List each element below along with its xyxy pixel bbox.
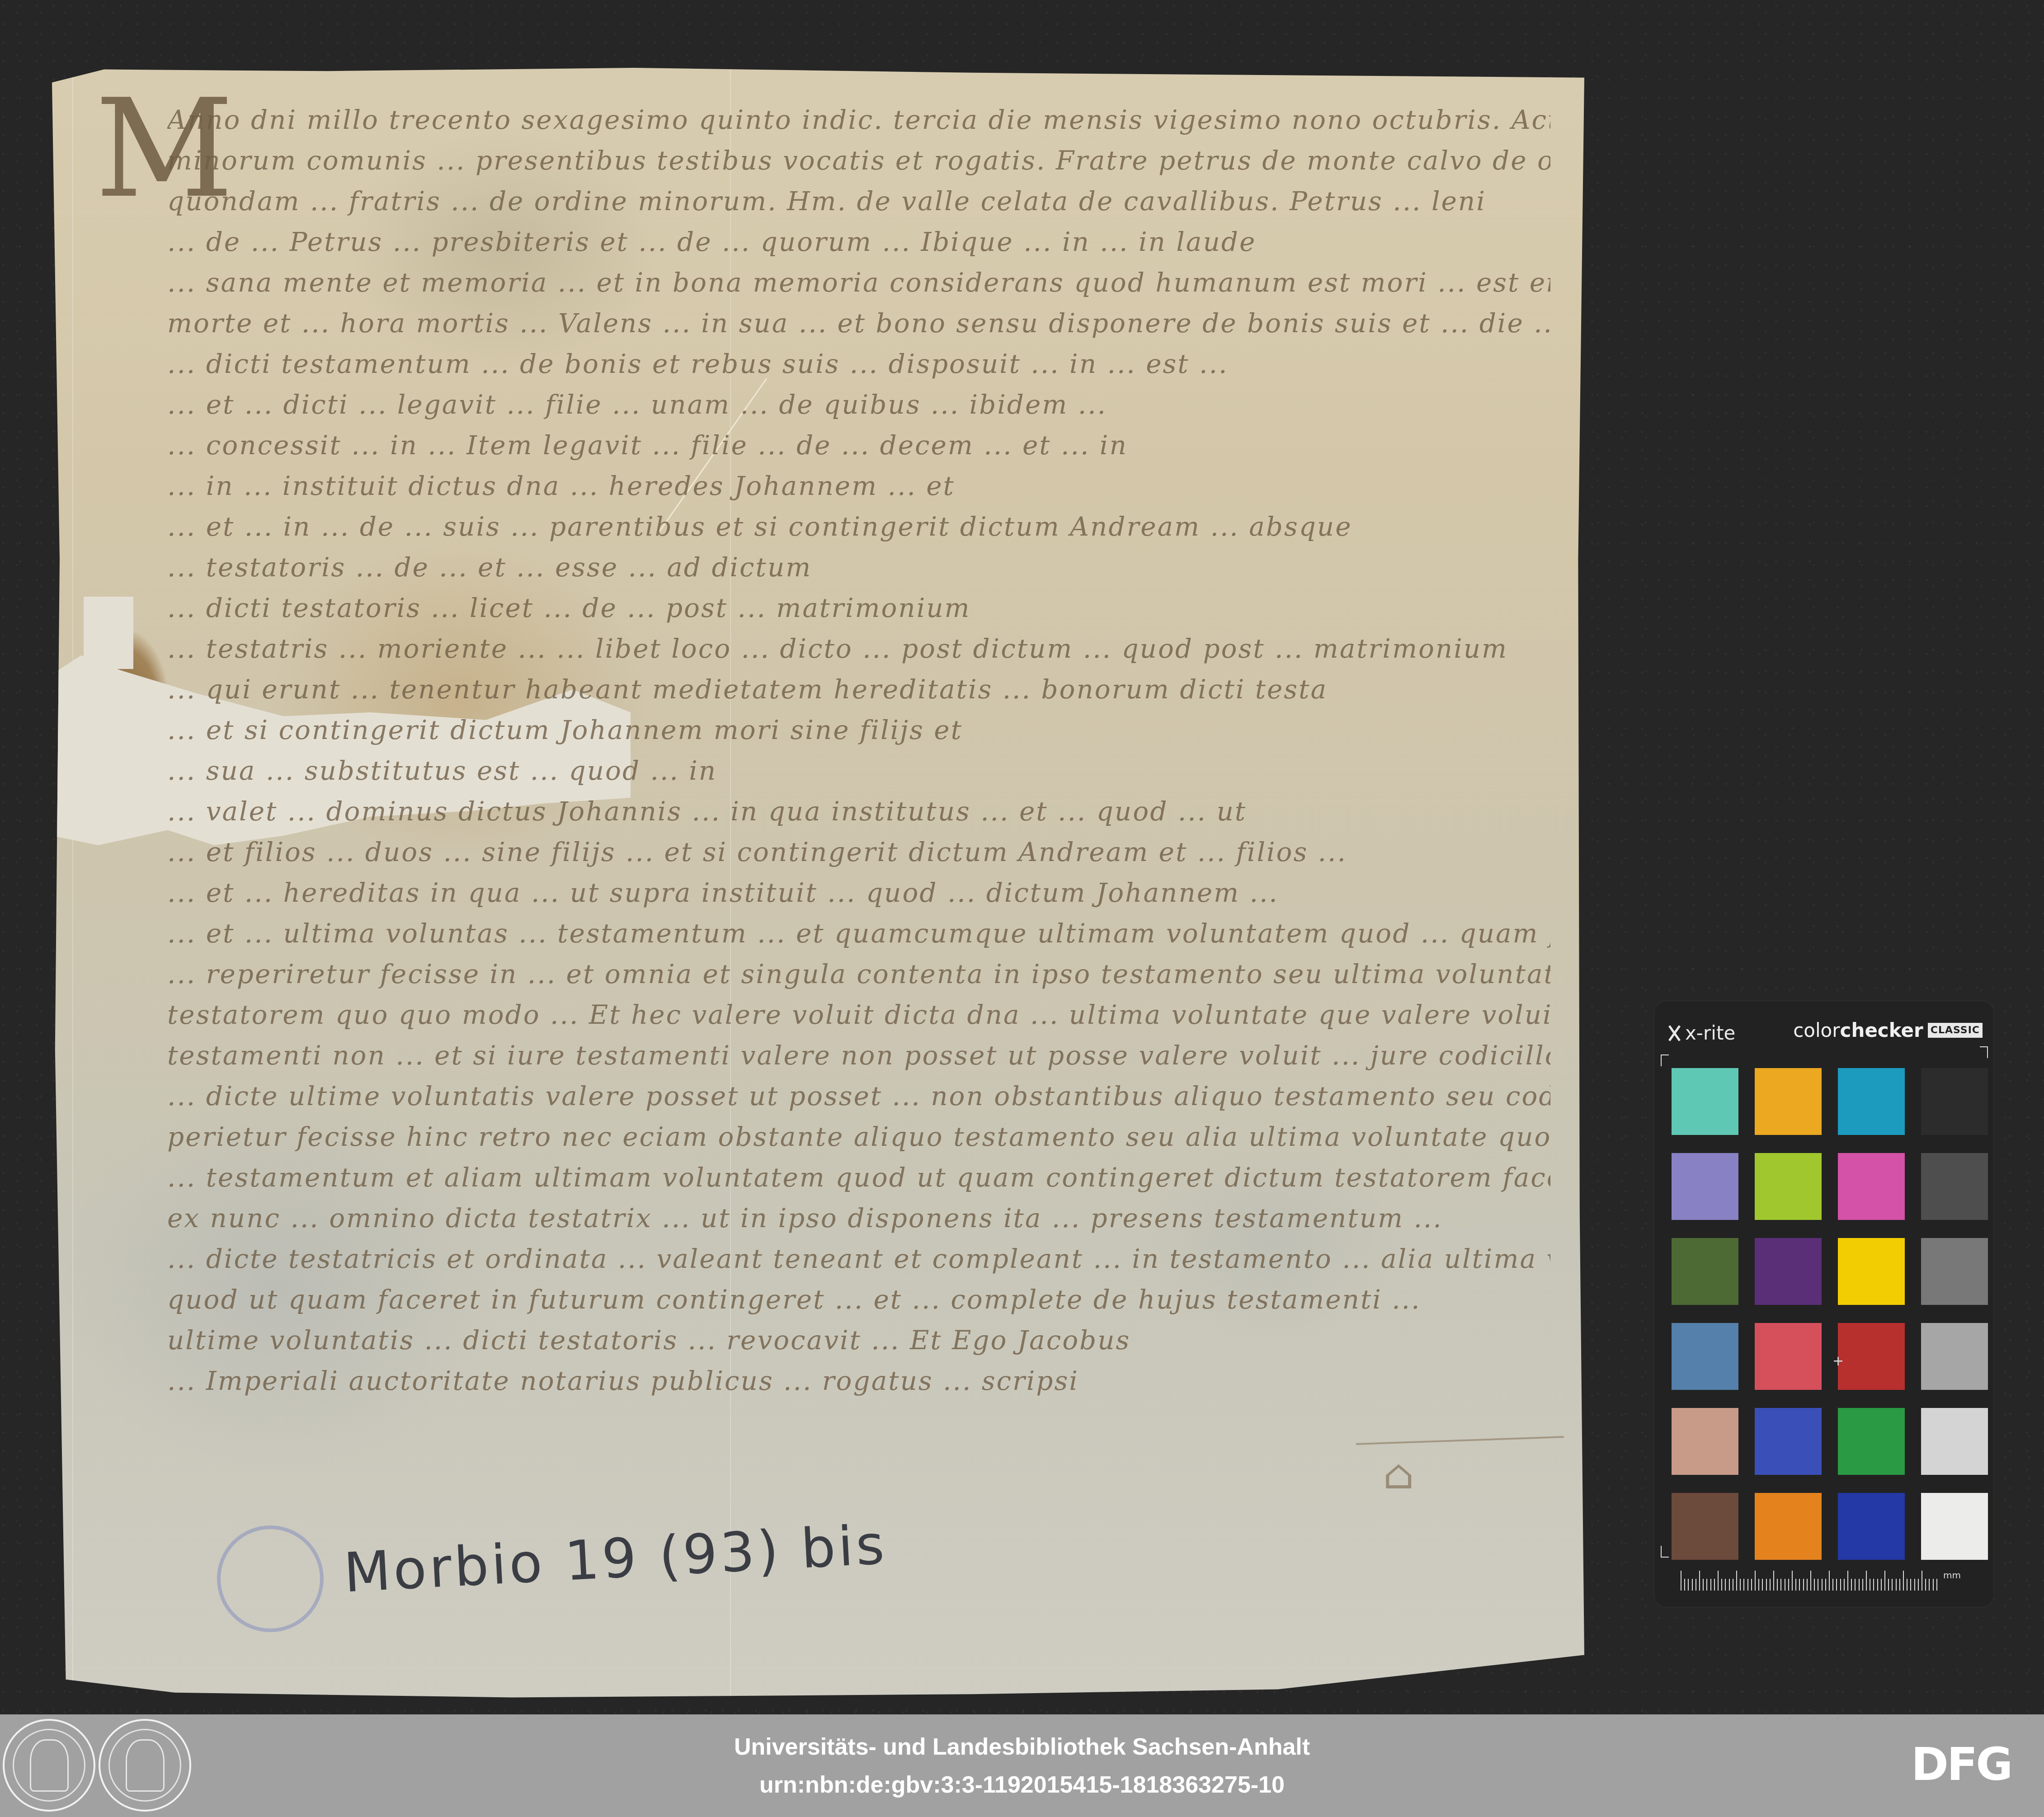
corner-mark-icon [1980, 1046, 1988, 1058]
ruler-unit: mm [1943, 1570, 1961, 1581]
text-line: ... de ... Petrus ... presbiteris et ...… [167, 221, 1550, 262]
text-line: Anno dni millo trecento sexagesimo quint… [167, 99, 1550, 140]
color-swatch [1838, 1408, 1905, 1475]
color-swatch [1672, 1238, 1738, 1305]
color-swatch [1755, 1493, 1822, 1560]
colorchecker-card: x-rite color checker CLASSIC + mm [1654, 1001, 1993, 1607]
color-swatch [1755, 1238, 1822, 1305]
text-line: ... dicti testamentum ... de bonis et re… [167, 344, 1550, 384]
ruler-ticks [1681, 1571, 1938, 1591]
classic-badge: CLASSIC [1928, 1023, 1983, 1038]
text-line: morte et ... hora mortis ... Valens ... … [167, 303, 1550, 344]
corner-mark-icon [1661, 1546, 1669, 1558]
color-swatch [1921, 1408, 1988, 1475]
text-line: ... testatris ... moriente ... ... libet… [167, 628, 1550, 669]
color-swatch [1921, 1238, 1988, 1305]
color-swatch [1755, 1408, 1822, 1475]
colorchecker-title: color checker CLASSIC [1793, 1019, 1983, 1041]
color-swatch [1838, 1238, 1905, 1305]
color-swatch [1838, 1068, 1905, 1135]
parchment-loss [84, 597, 133, 669]
text-line: ... concessit ... in ... Item legavit ..… [167, 425, 1550, 466]
text-line: ex nunc ... omnino dicta testatrix ... u… [167, 1198, 1550, 1238]
color-swatch [1672, 1323, 1738, 1390]
library-stamp [217, 1525, 324, 1632]
text-line: ... qui erunt ... tenentur habeant medie… [167, 669, 1550, 710]
text-line: ... sua ... substitutus est ... quod ...… [167, 750, 1550, 791]
xrite-logo: x-rite [1668, 1022, 1735, 1044]
color-swatch [1755, 1153, 1822, 1220]
text-line: quod ut quam faceret in futurum continge… [167, 1279, 1550, 1320]
text-line: minorum comunis ... presentibus testibus… [167, 140, 1550, 181]
text-line: testamenti non ... et si iure testamenti… [167, 1035, 1550, 1076]
color-swatch [1921, 1153, 1988, 1220]
decorated-initial: M [95, 81, 167, 262]
text-line: ... dicte testatricis et ordinata ... va… [167, 1238, 1550, 1279]
text-line: ... et ... dicti ... legavit ... filie .… [167, 384, 1550, 425]
color-swatch [1838, 1323, 1905, 1390]
text-line: ... et ... in ... de ... suis ... parent… [167, 506, 1550, 547]
text-line: ... dicti testatoris ... licet ... de ..… [167, 588, 1550, 628]
text-line: ultime voluntatis ... dicti testatoris .… [167, 1320, 1550, 1360]
color-swatch [1672, 1493, 1738, 1560]
text-line: quondam ... fratris ... de ordine minoru… [167, 181, 1550, 221]
color-swatch [1755, 1323, 1822, 1390]
color-swatch [1672, 1068, 1738, 1135]
text-line: ... et ... hereditas in qua ... ut supra… [167, 872, 1550, 913]
color-swatch [1755, 1068, 1822, 1135]
title-prefix: color [1793, 1019, 1840, 1041]
charter-text: Anno dni millo trecento sexagesimo quint… [167, 99, 1550, 1401]
text-line: ... Imperiali auctoritate notarius publi… [167, 1360, 1550, 1401]
xrite-x-icon [1668, 1024, 1681, 1042]
institution-name: Universitäts- und Landesbibliothek Sachs… [0, 1733, 2044, 1761]
text-line: ... valet ... dominus dictus Johannis ..… [167, 791, 1550, 832]
color-swatch-grid [1672, 1068, 1988, 1560]
text-line: ... testamentum et aliam ultimam volunta… [167, 1157, 1550, 1198]
dfg-logo: DFG [1911, 1738, 2011, 1791]
color-swatch [1672, 1153, 1738, 1220]
footer-banner: Universitäts- und Landesbibliothek Sachs… [0, 1714, 2044, 1817]
color-swatch [1838, 1153, 1905, 1220]
text-line: testatorem quo quo modo ... Et hec valer… [167, 994, 1550, 1035]
notary-signum-icon: ⌂ [1383, 1451, 1414, 1498]
color-swatch [1921, 1493, 1988, 1560]
urn-identifier: urn:nbn:de:gbv:3:3-1192015415-1818363275… [0, 1771, 2044, 1798]
color-swatch [1921, 1323, 1988, 1390]
text-line: ... reperiretur fecisse in ... et omnia … [167, 954, 1550, 994]
text-line: ... et ... ultima voluntas ... testament… [167, 913, 1550, 954]
colorchecker-header: x-rite color checker CLASSIC [1668, 1019, 1983, 1051]
scan-viewport: M Anno dni millo trecento sexagesimo qui… [0, 0, 2044, 1714]
corner-mark-icon [1661, 1054, 1669, 1066]
text-line: ... sana mente et memoria ... et in bona… [167, 262, 1550, 303]
color-swatch [1921, 1068, 1988, 1135]
text-line: ... et filios ... duos ... sine filijs .… [167, 832, 1550, 872]
title-main: checker [1840, 1019, 1923, 1041]
text-line: ... et si contingerit dictum Johannem mo… [167, 710, 1550, 750]
text-line: perietur fecisse hinc retro nec eciam ob… [167, 1116, 1550, 1157]
xrite-brand: x-rite [1685, 1022, 1735, 1044]
color-swatch [1838, 1493, 1905, 1560]
text-line: ... in ... instituit dictus dna ... here… [167, 466, 1550, 506]
ruled-margin-line [72, 68, 73, 1704]
color-swatch [1672, 1408, 1738, 1475]
mm-ruler: mm [1681, 1563, 1961, 1591]
text-line: ... dicte ultime voluntatis valere posse… [167, 1076, 1550, 1116]
text-line: ... testatoris ... de ... et ... esse ..… [167, 547, 1550, 588]
crosshair-icon: + [1832, 1355, 1844, 1368]
